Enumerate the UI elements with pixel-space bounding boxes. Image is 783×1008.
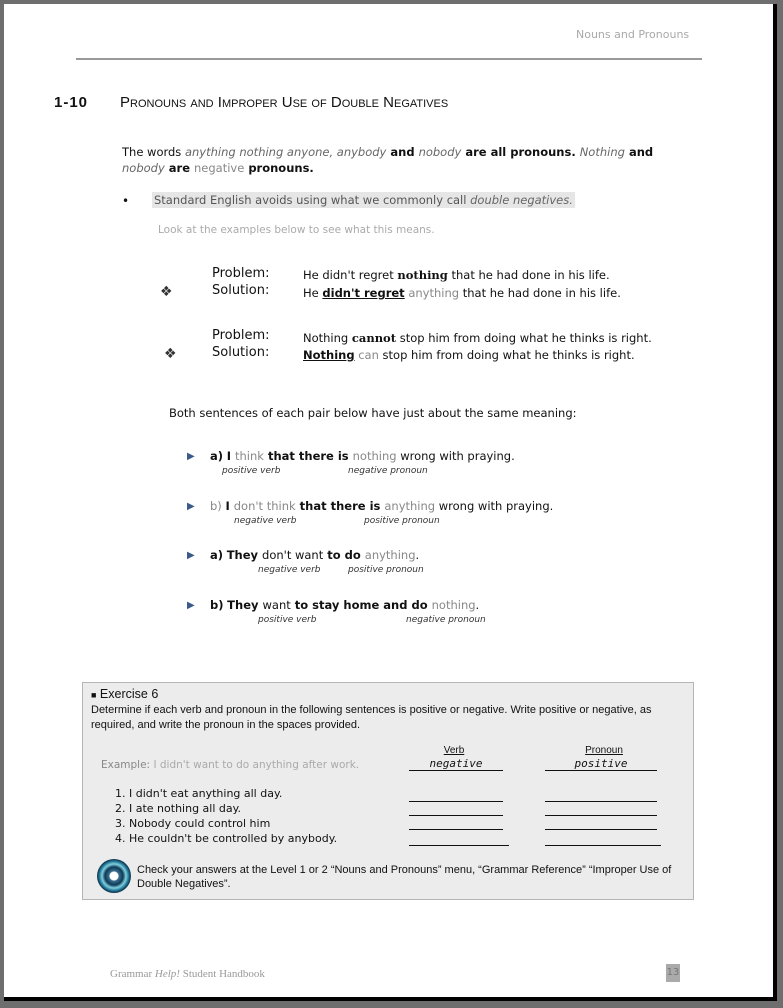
- intro-paragraph: The words anything nothing anyone, anybo…: [122, 144, 692, 176]
- exercise-box: ■ Exercise 6 Determine if each verb and …: [82, 682, 694, 900]
- cd-disc-icon: [97, 859, 131, 893]
- problem-sentence: Nothing cannot stop him from doing what …: [303, 331, 652, 345]
- page-number: 13: [666, 964, 680, 982]
- exercise-title: ■ Exercise 6: [91, 687, 158, 701]
- exercise-item: 3. Nobody could control him: [115, 817, 270, 830]
- example-pronoun-answer: positive: [545, 757, 657, 771]
- example-verb-answer: negative: [409, 757, 503, 771]
- header-rule: [76, 58, 702, 60]
- exercise-item: 2. I ate nothing all day.: [115, 802, 241, 815]
- section-number: 1-10: [54, 94, 88, 111]
- pairs-intro: Both sentences of each pair below have j…: [169, 406, 577, 420]
- problem-sentence: He didn't regret nothing that he had don…: [303, 268, 610, 282]
- running-header: Nouns and Pronouns: [576, 28, 689, 41]
- document-page: Nouns and Pronouns 1-10 Pronouns and Imp…: [4, 4, 777, 1001]
- verb-answer-field[interactable]: [409, 801, 503, 802]
- diamond-bullet-icon: ❖: [164, 346, 177, 362]
- exercise-item: 4. He couldn't be controlled by anybody.: [115, 832, 337, 845]
- check-answers-note: Check your answers at the Level 1 or 2 “…: [137, 863, 697, 891]
- verb-answer-field[interactable]: [409, 845, 509, 846]
- arrow-bullet-icon: ▶: [187, 550, 195, 561]
- annotation-pronoun: positive pronoun: [364, 516, 440, 526]
- annotation-verb: positive verb: [258, 615, 316, 625]
- arrow-bullet-icon: ▶: [187, 501, 195, 512]
- annotation-verb: positive verb: [222, 466, 280, 476]
- arrow-bullet-icon: ▶: [187, 451, 195, 462]
- verb-answer-field[interactable]: [409, 829, 503, 830]
- column-pronoun: Pronoun: [549, 745, 659, 756]
- annotation-verb: negative verb: [258, 565, 321, 575]
- annotation-pronoun: negative pronoun: [348, 466, 428, 476]
- column-verb: Verb: [409, 745, 499, 756]
- pronoun-answer-field[interactable]: [545, 801, 657, 802]
- footer-book-title: Grammar Help! Student Handbook: [110, 968, 265, 980]
- pair-sentence: b) I don't think that there is anything …: [210, 499, 553, 513]
- rule-statement: Standard English avoids using what we co…: [152, 192, 575, 208]
- solution-label: Solution:: [212, 345, 269, 360]
- solution-sentence: Nothing can stop him from doing what he …: [303, 348, 635, 362]
- example-row: Example: I didn't want to do anything af…: [101, 759, 359, 771]
- section-title: Pronouns and Improper Use of Double Nega…: [120, 94, 448, 111]
- solution-label: Solution:: [212, 283, 269, 298]
- annotation-pronoun: negative pronoun: [406, 615, 486, 625]
- bullet-icon: •: [122, 194, 129, 208]
- exercise-directions: Determine if each verb and pronoun in th…: [91, 703, 676, 733]
- pronoun-answer-field[interactable]: [545, 815, 657, 816]
- annotation-pronoun: positive pronoun: [348, 565, 424, 575]
- pronoun-answer-field[interactable]: [545, 829, 657, 830]
- pair-sentence: b) They want to stay home and do nothing…: [210, 598, 479, 612]
- annotation-verb: negative verb: [234, 516, 297, 526]
- pronoun-answer-field[interactable]: [545, 845, 661, 846]
- exercise-item: 1. I didn't eat anything all day.: [115, 787, 282, 800]
- pair-sentence: a) They don't want to do anything.: [210, 548, 419, 562]
- problem-label: Problem:: [212, 328, 270, 343]
- problem-label: Problem:: [212, 266, 270, 281]
- diamond-bullet-icon: ❖: [160, 284, 173, 300]
- verb-answer-field[interactable]: [409, 815, 503, 816]
- solution-sentence: He didn't regret anything that he had do…: [303, 286, 621, 300]
- pair-sentence: a) I think that there is nothing wrong w…: [210, 449, 515, 463]
- rule-note: Look at the examples below to see what t…: [158, 224, 435, 236]
- arrow-bullet-icon: ▶: [187, 600, 195, 611]
